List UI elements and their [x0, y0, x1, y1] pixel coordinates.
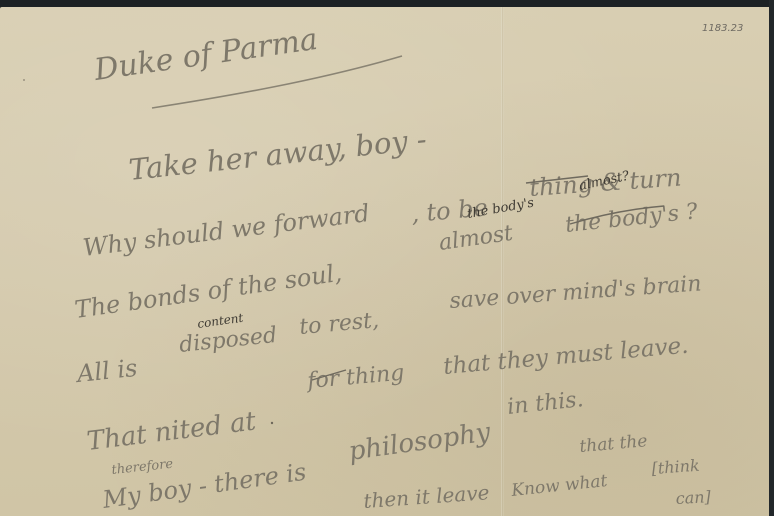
manuscript-line-8b: then it leave [363, 480, 490, 513]
insertion-therefore: therefore [111, 457, 174, 478]
manuscript-line-2a: Why should we forward [81, 199, 371, 262]
manuscript-line-3b: almost [437, 221, 514, 256]
manuscript-line-9b: [think [651, 456, 700, 478]
manuscript-line-6: That nited at [85, 406, 258, 457]
page-title: Duke of Parma [91, 22, 320, 88]
manuscript-line-1: Take her away, boy - [127, 122, 428, 187]
manuscript-line-4d: save over mind's brain [449, 271, 703, 314]
manuscript-line-7a: philosophy [347, 417, 493, 467]
manuscript-line-10: can] [675, 487, 712, 508]
manuscript-line-3c: the body's ? [564, 199, 699, 238]
insertion-that-the: that the [579, 431, 648, 457]
paper-speck [23, 79, 25, 81]
manuscript-line-7b: in this. [506, 387, 585, 420]
manuscript-line-9a: Know what [509, 471, 608, 501]
manuscript-line-4b: disposed [178, 323, 278, 358]
manuscript-line-5b: that they must leave. [442, 333, 689, 380]
folio-number: 1183.23 [702, 23, 743, 34]
pencil-dot [271, 422, 273, 424]
manuscript-line-4c: to rest, [298, 308, 380, 340]
manuscript-line-4a: All is [74, 354, 139, 388]
handwriting-layer: 1183.23 Duke of Parma Take her away, boy… [0, 0, 774, 516]
